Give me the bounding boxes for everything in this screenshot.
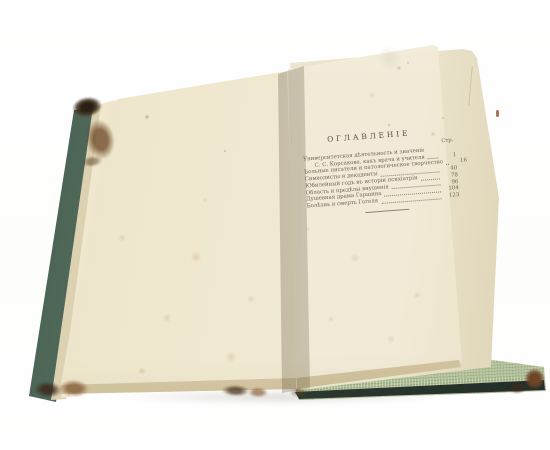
foxing-spot xyxy=(305,226,311,232)
foxing-spot xyxy=(201,196,209,204)
foxing-spot xyxy=(374,42,406,74)
worn-corner-bottom-right xyxy=(503,365,549,398)
book-photo: ОГЛАВЛЕНІЕ Стр. Университетская дѣятельн… xyxy=(0,0,550,450)
worn-patch-gutter-bottom xyxy=(286,386,312,399)
foxing-spot xyxy=(224,350,238,364)
foxing-spot xyxy=(223,149,227,153)
foxing-spot xyxy=(368,91,376,99)
foxing-spot xyxy=(246,294,256,304)
foxing-spot xyxy=(349,252,361,264)
table-of-contents: ОГЛАВЛЕНІЕ Стр. Университетская дѣятельн… xyxy=(297,118,466,218)
foxing-spot xyxy=(412,290,422,300)
toc-page-number: 123 xyxy=(443,192,459,200)
foxing-spot xyxy=(144,114,150,120)
foxing-spot xyxy=(161,312,173,324)
flyleaf-rust-speck xyxy=(496,110,499,117)
toc-entries: Университетская дѣятельность и значеніе … xyxy=(299,145,466,211)
worn-corner-bottom-left xyxy=(27,374,94,403)
foxing-spot xyxy=(137,366,147,376)
toc-leader-dots xyxy=(381,198,441,204)
worn-patch-bottom-center xyxy=(216,382,273,400)
foxing-spot xyxy=(327,315,335,323)
foxing-spot xyxy=(406,61,410,65)
foxing-spot xyxy=(189,250,203,264)
foxing-spot xyxy=(117,233,127,243)
foxing-spot xyxy=(386,334,396,344)
